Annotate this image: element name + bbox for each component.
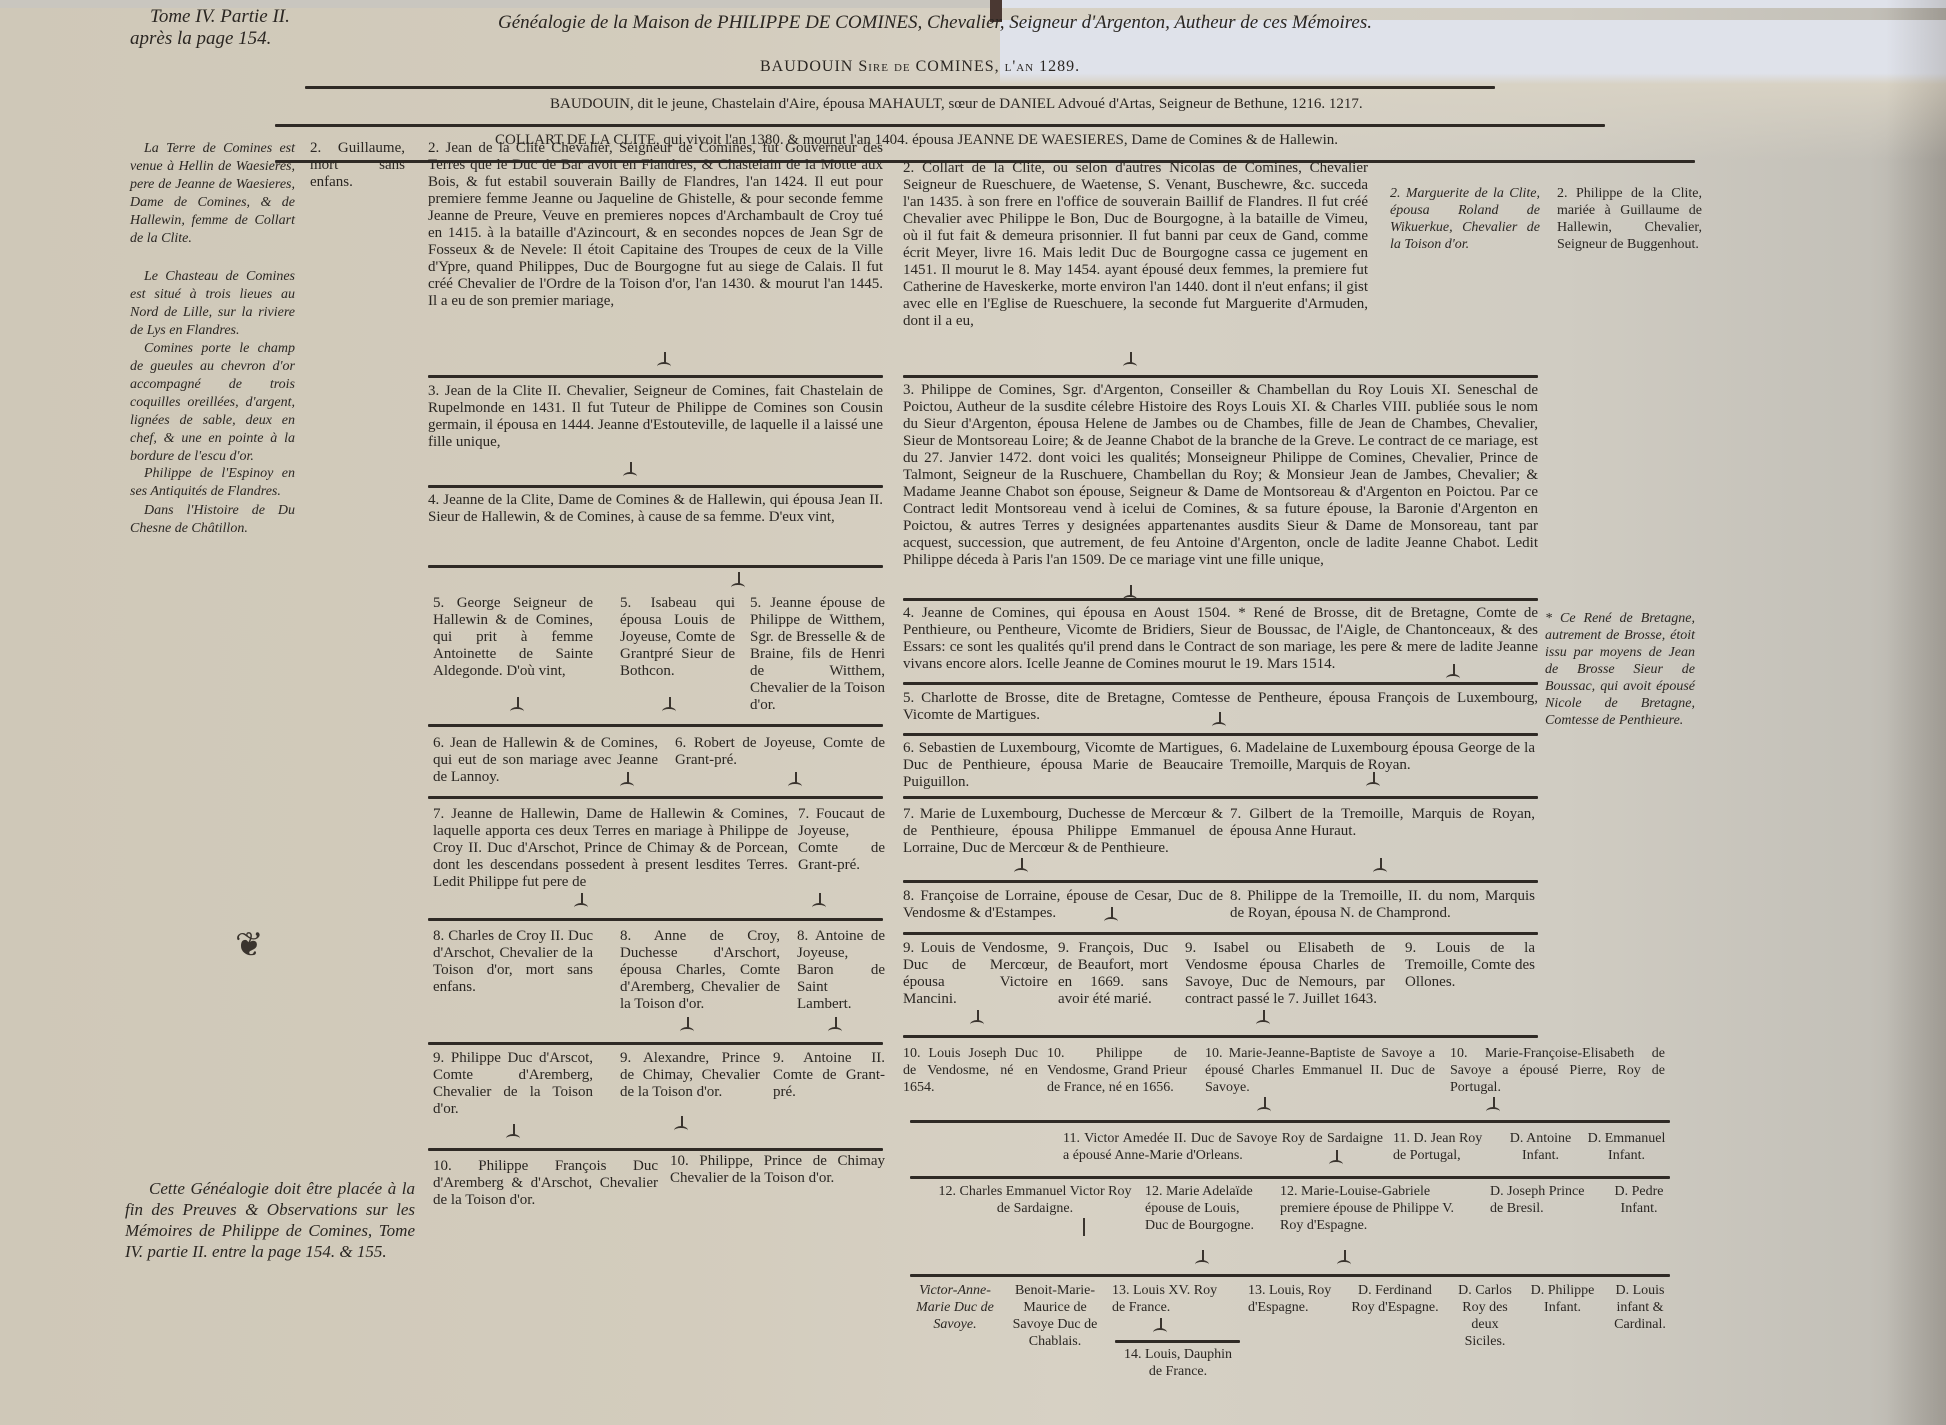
rule: [903, 733, 1538, 736]
descent-bracket: [506, 1134, 520, 1143]
person-robert-de-joyeuse: 6. Robert de Joyeuse, Comte de Grant-pré…: [675, 735, 885, 769]
person-pedre-infant: D. Pedre Infant.: [1608, 1183, 1670, 1217]
rule: [428, 1148, 883, 1151]
descent-bracket: [657, 362, 671, 371]
descent-bracket: [1256, 1020, 1270, 1029]
person-philippe-chimay: 10. Philippe, Prince de Chimay Chevalier…: [670, 1153, 885, 1187]
descent-bracket: [1123, 362, 1137, 371]
person-louis-xv: 13. Louis XV. Roy de France.: [1112, 1282, 1222, 1316]
descent-bracket: [970, 1020, 984, 1029]
tome-reference: Tome IV. Partie II.: [150, 8, 290, 25]
page-title: Généalogie de la Maison de PHILIPPE DE C…: [498, 12, 1498, 34]
person-philippe-infant: D. Philippe Infant.: [1525, 1282, 1600, 1316]
person-philippe-francois: 10. Philippe François Duc d'Aremberg & d…: [433, 1158, 658, 1209]
descent-bracket: [1337, 1260, 1351, 1269]
descent-bracket: [731, 583, 745, 592]
descent-bracket: [828, 1027, 842, 1036]
person-charles-emmanuel-victor: 12. Charles Emmanuel Victor Roy de Sarda…: [935, 1183, 1135, 1217]
person-louis-de-vendosme: 9. Louis de Vendosme, Duc de Mercœur, ép…: [903, 940, 1048, 1008]
person-jean-roy-de-portugal: 11. D. Jean Roy de Portugal,: [1393, 1130, 1493, 1164]
person-madelaine-de-luxembourg: 6. Madelaine de Luxembourg épousa George…: [1230, 740, 1535, 774]
rule: [428, 565, 883, 568]
descent-bracket: [574, 903, 588, 912]
rule: [903, 932, 1538, 935]
person-jeanne-de-hallewin: 7. Jeanne de Hallewin, Dame de Hallewin …: [433, 806, 788, 891]
generation-baudouin-jeune: BAUDOUIN, dit le jeune, Chastelain d'Air…: [550, 96, 1510, 113]
generation-1-baudouin: BAUDOUIN Sire de COMINES, l'an 1289.: [760, 58, 1260, 75]
descent-bracket: [812, 903, 826, 912]
person-joseph-prince-de-bresil: D. Joseph Prince de Bresil.: [1490, 1183, 1585, 1217]
person-antoine-de-joyeuse: 8. Antoine de Joyeuse, Baron de Saint La…: [797, 928, 885, 1013]
person-louis-dauphin: 14. Louis, Dauphin de France.: [1118, 1346, 1238, 1380]
descent-bracket: [1329, 1160, 1343, 1169]
person-marie-jeanne-baptiste: 10. Marie-Jeanne-Baptiste de Savoye a ép…: [1205, 1045, 1435, 1096]
rule: [910, 1176, 1670, 1179]
person-victor-anne-marie: Victor-Anne-Marie Duc de Savoye.: [910, 1282, 1000, 1333]
rule: [903, 598, 1538, 601]
page-reference: après la page 154.: [130, 30, 271, 47]
rule: [903, 1035, 1538, 1038]
person-philippe-de-la-clite: 2. Philippe de la Clite, mariée à Guilla…: [1557, 185, 1702, 253]
descent-bracket: [1366, 782, 1380, 791]
person-jeanne-witthem: 5. Jeanne épouse de Philippe de Witthem,…: [750, 595, 885, 714]
descent-line: [1083, 1218, 1085, 1236]
descent-bracket: [620, 782, 634, 791]
person-jean-de-la-clite-ii: 3. Jean de la Clite II. Chevalier, Seign…: [428, 383, 883, 451]
rule: [428, 1042, 883, 1045]
person-isabel-de-vendosme: 9. Isabel ou Elisabeth de Vendosme épous…: [1185, 940, 1385, 1008]
rule: [428, 724, 883, 727]
descent-bracket: [1014, 868, 1028, 877]
descent-bracket: [1153, 1328, 1167, 1337]
descent-bracket: [788, 782, 802, 791]
rule: [910, 1274, 1670, 1277]
person-philippe-de-la-tremoille: 8. Philippe de la Tremoille, II. du nom,…: [1230, 888, 1535, 922]
person-marie-louise-gabriele: 12. Marie-Louise-Gabriele premiere épous…: [1280, 1183, 1480, 1234]
descent-bracket: [623, 472, 637, 481]
person-charles-de-croy: 8. Charles de Croy II. Duc d'Arschot, Ch…: [433, 928, 593, 996]
descent-bracket: [1212, 722, 1226, 731]
person-jeanne-de-comines: 4. Jeanne de Comines, qui épousa en Aous…: [903, 605, 1538, 673]
person-anne-de-croy: 8. Anne de Croy, Duchesse d'Arschort, ép…: [620, 928, 780, 1013]
margin-note-armoiries: Comines porte le champ de gueules au che…: [130, 340, 295, 466]
descent-bracket: [662, 707, 676, 716]
person-philippe-arscot: 9. Philippe Duc d'Arscot, Comte d'Arembe…: [433, 1050, 593, 1118]
person-victor-amedee: 11. Victor Amedée II. Duc de Savoye Roy …: [1063, 1130, 1383, 1164]
descent-bracket: [1195, 1260, 1209, 1269]
descent-bracket: [1373, 868, 1387, 877]
person-francois-de-beaufort: 9. François, Duc de Beaufort, mort en 16…: [1058, 940, 1168, 1008]
note-rene-de-bretagne: * Ce René de Bretagne, autrement de Bros…: [1545, 610, 1695, 729]
margin-note-espinoy: Philippe de l'Espinoy en ses Antiquités …: [130, 465, 295, 501]
person-alexandre: 9. Alexandre, Prince de Chimay, Chevalie…: [620, 1050, 760, 1101]
person-benoit-marie-maurice: Benoit-Marie-Maurice de Savoye Duc de Ch…: [1005, 1282, 1105, 1350]
person-philippe-de-vendosme: 10. Philippe de Vendosme, Grand Prieur d…: [1047, 1045, 1187, 1096]
rule: [428, 796, 883, 799]
rule: [903, 796, 1538, 799]
margin-note-duchesne: Dans l'Histoire de Du Chesne de Châtillo…: [130, 502, 295, 538]
person-gilbert-de-la-tremoille: 7. Gilbert de la Tremoille, Marquis de R…: [1230, 806, 1535, 840]
person-marie-francoise-elisabeth: 10. Marie-Françoise-Elisabeth de Savoye …: [1450, 1045, 1665, 1096]
margin-note-terre: La Terre de Comines est venue à Hellin d…: [130, 140, 295, 248]
descent-bracket: [674, 1126, 688, 1135]
descent-bracket: [1104, 917, 1118, 926]
person-francoise-de-lorraine: 8. Françoise de Lorraine, épouse de Cesa…: [903, 888, 1223, 922]
person-emmanuel-infant: D. Emmanuel Infant.: [1584, 1130, 1669, 1164]
margin-note-chasteau: Le Chasteau de Comines est situé à trois…: [130, 268, 295, 340]
rule: [903, 375, 1538, 378]
rule: [428, 375, 883, 378]
person-carlos: D. Carlos Roy des deux Siciles.: [1450, 1282, 1520, 1350]
rule: [1115, 1340, 1240, 1343]
person-jeanne-de-la-clite: 4. Jeanne de la Clite, Dame de Comines &…: [428, 492, 883, 526]
rule: [903, 682, 1538, 685]
rule: [305, 86, 1495, 89]
person-antoine-ii: 9. Antoine II. Comte de Grant-pré.: [773, 1050, 885, 1101]
person-louis-cardinal: D. Louis infant & Cardinal.: [1610, 1282, 1670, 1333]
person-marguerite-de-la-clite: 2. Marguerite de la Clite, épousa Roland…: [1390, 185, 1540, 253]
person-marie-de-luxembourg: 7. Marie de Luxembourg, Duchesse de Merc…: [903, 806, 1223, 857]
person-isabeau: 5. Isabeau qui épousa Louis de Joyeuse, …: [620, 595, 735, 680]
person-philippe-de-comines: 3. Philippe de Comines, Sgr. d'Argenton,…: [903, 382, 1538, 569]
person-ferdinand: D. Ferdinand Roy d'Espagne.: [1350, 1282, 1440, 1316]
person-louis-joseph: 10. Louis Joseph Duc de Vendosme, né en …: [903, 1045, 1038, 1096]
descent-bracket: [510, 707, 524, 716]
person-guillaume: 2. Guillaume, mort sans enfans.: [310, 140, 405, 191]
person-foucaut-de-joyeuse: 7. Foucaut de Joyeuse, Comte de Grant-pr…: [798, 806, 885, 874]
person-louis-de-la-tremoille: 9. Louis de la Tremoille, Comte des Ollo…: [1405, 940, 1535, 991]
rule: [428, 918, 883, 921]
person-marie-adelaide: 12. Marie Adelaïde épouse de Louis, Duc …: [1145, 1183, 1265, 1234]
placement-note: Cette Généalogie doit être placée à la f…: [125, 1178, 415, 1262]
fleuron-ornament-icon: ❦: [235, 925, 264, 965]
page-shadow: [1886, 0, 1946, 1425]
descent-bracket: [680, 1027, 694, 1036]
rule: [428, 485, 883, 488]
person-sebastien-de-luxembourg: 6. Sebastien de Luxembourg, Vicomte de M…: [903, 740, 1223, 791]
descent-bracket: [1486, 1107, 1500, 1116]
person-antoine-infant: D. Antoine Infant.: [1503, 1130, 1578, 1164]
rule: [903, 880, 1538, 883]
person-george: 5. George Seigneur de Hallewin & de Comi…: [433, 595, 593, 680]
rule: [910, 1120, 1670, 1123]
person-jean-de-la-clite: 2. Jean de la Clite Chevalier, Seigneur …: [428, 140, 883, 310]
person-jean-de-hallewin: 6. Jean de Hallewin & de Comines, qui eu…: [433, 735, 658, 786]
rule: [275, 124, 1605, 127]
person-louis-roy-d-espagne: 13. Louis, Roy d'Espagne.: [1248, 1282, 1338, 1316]
person-collart-de-la-clite: 2. Collart de la Clite, ou selon d'autre…: [903, 160, 1368, 330]
descent-bracket: [1257, 1107, 1271, 1116]
